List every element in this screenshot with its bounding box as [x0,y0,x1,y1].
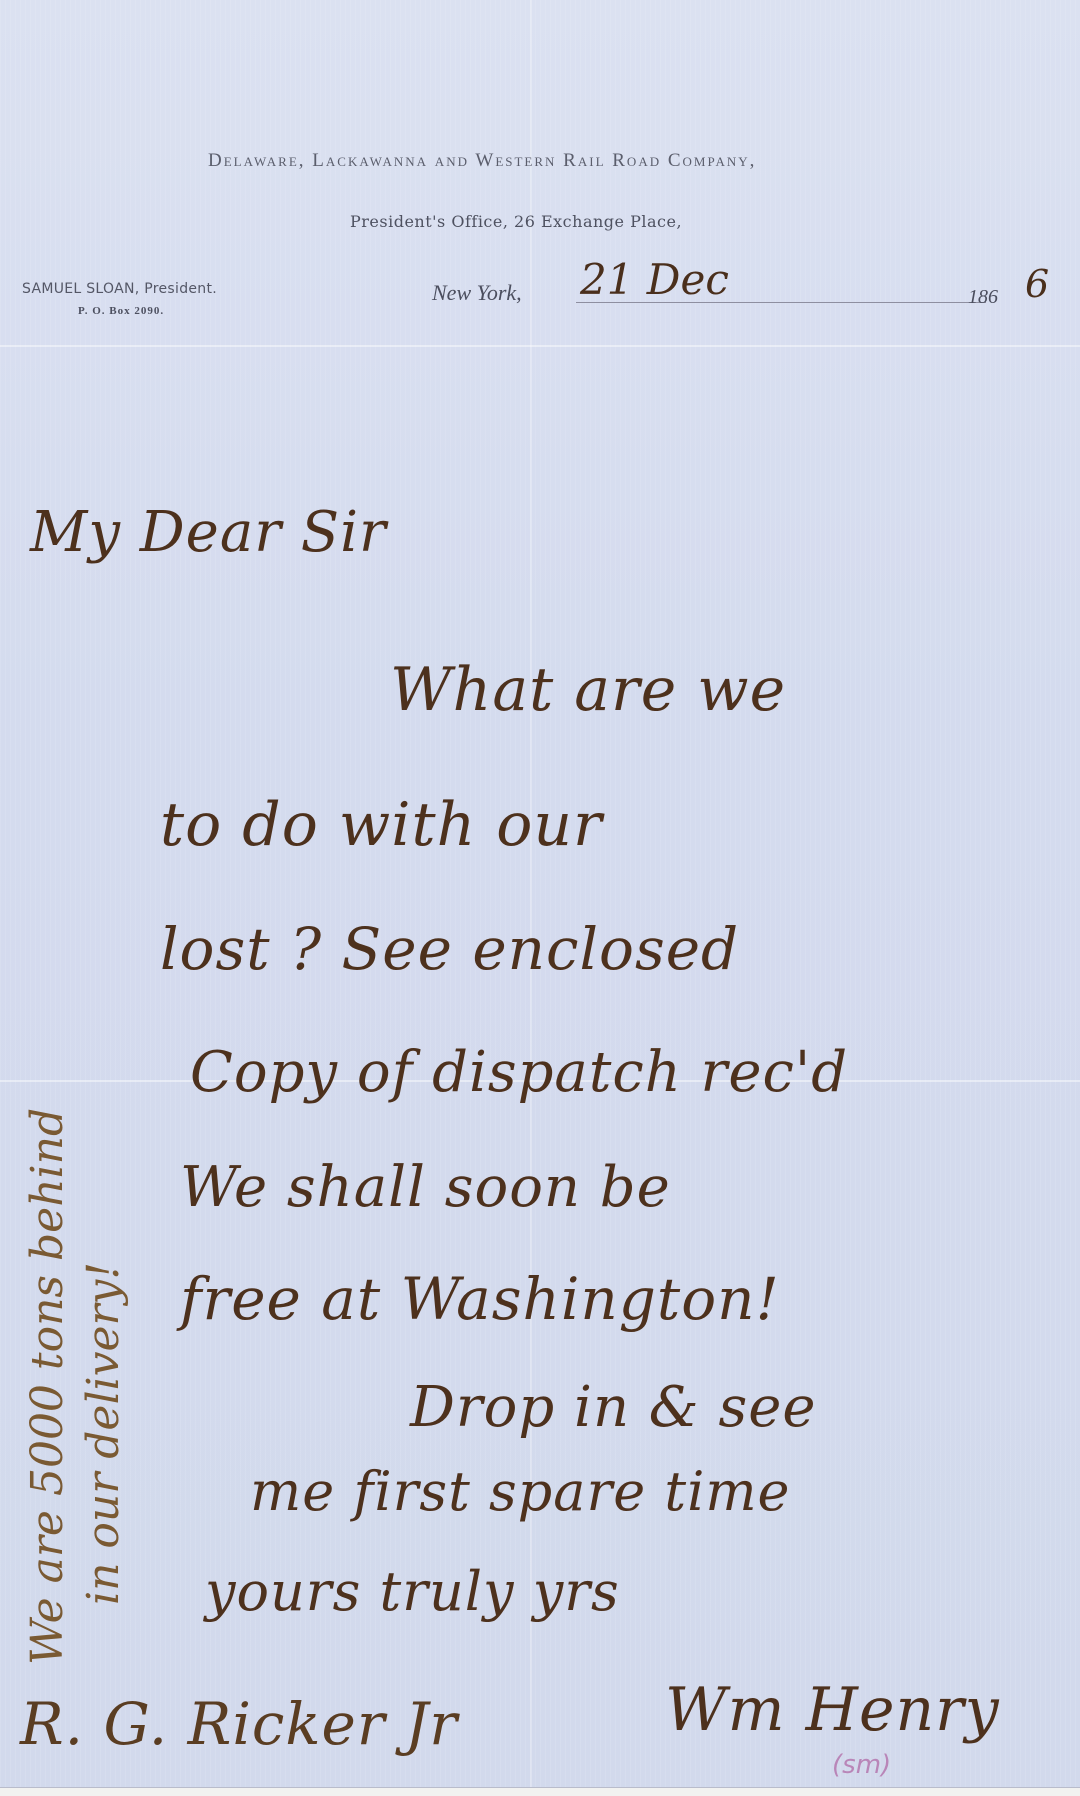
letterhead-po-box: P. O. Box 2090. [78,305,164,317]
dateline-place: New York, [432,280,522,306]
margin-note-line-1: We are 5000 tons behind [22,1108,73,1665]
letterhead-company: Delaware, Lackawanna and Western Rail Ro… [208,150,1078,172]
body-line: to do with our [160,790,603,860]
letterhead-president: SAMUEL SLOAN, President. [22,281,217,297]
body-line: lost ? See enclosed [160,915,739,983]
addressee: R. G. Ricker Jr [20,1690,458,1758]
signature: Wm Henry [665,1675,1000,1745]
body-line: We shall soon be [180,1155,671,1220]
letterhead-office: President's Office, 26 Exchange Place, [350,212,682,231]
dateline-rule [576,302,986,303]
body-line: Copy of dispatch rec'd [190,1040,848,1105]
body-line: me first spare time [250,1460,791,1523]
body-line: Drop in & see [410,1375,816,1440]
paper-bottom-edge [0,1787,1080,1796]
margin-note-line-2: in our delivery! [78,1262,129,1605]
body-line: yours truly yrs [205,1560,620,1623]
dateline-day-month: 21 Dec [580,255,729,304]
paper-crease [530,0,532,1796]
paper-crease [0,345,1080,347]
salutation: My Dear Sir [30,500,387,565]
dateline-year-handwritten: 6 [1025,262,1049,306]
archive-pencil-mark: (sm) [832,1750,891,1780]
dateline-year-printed: 186 [968,286,998,309]
body-line: What are we [390,655,786,725]
body-line: free at Washington! [180,1265,780,1333]
